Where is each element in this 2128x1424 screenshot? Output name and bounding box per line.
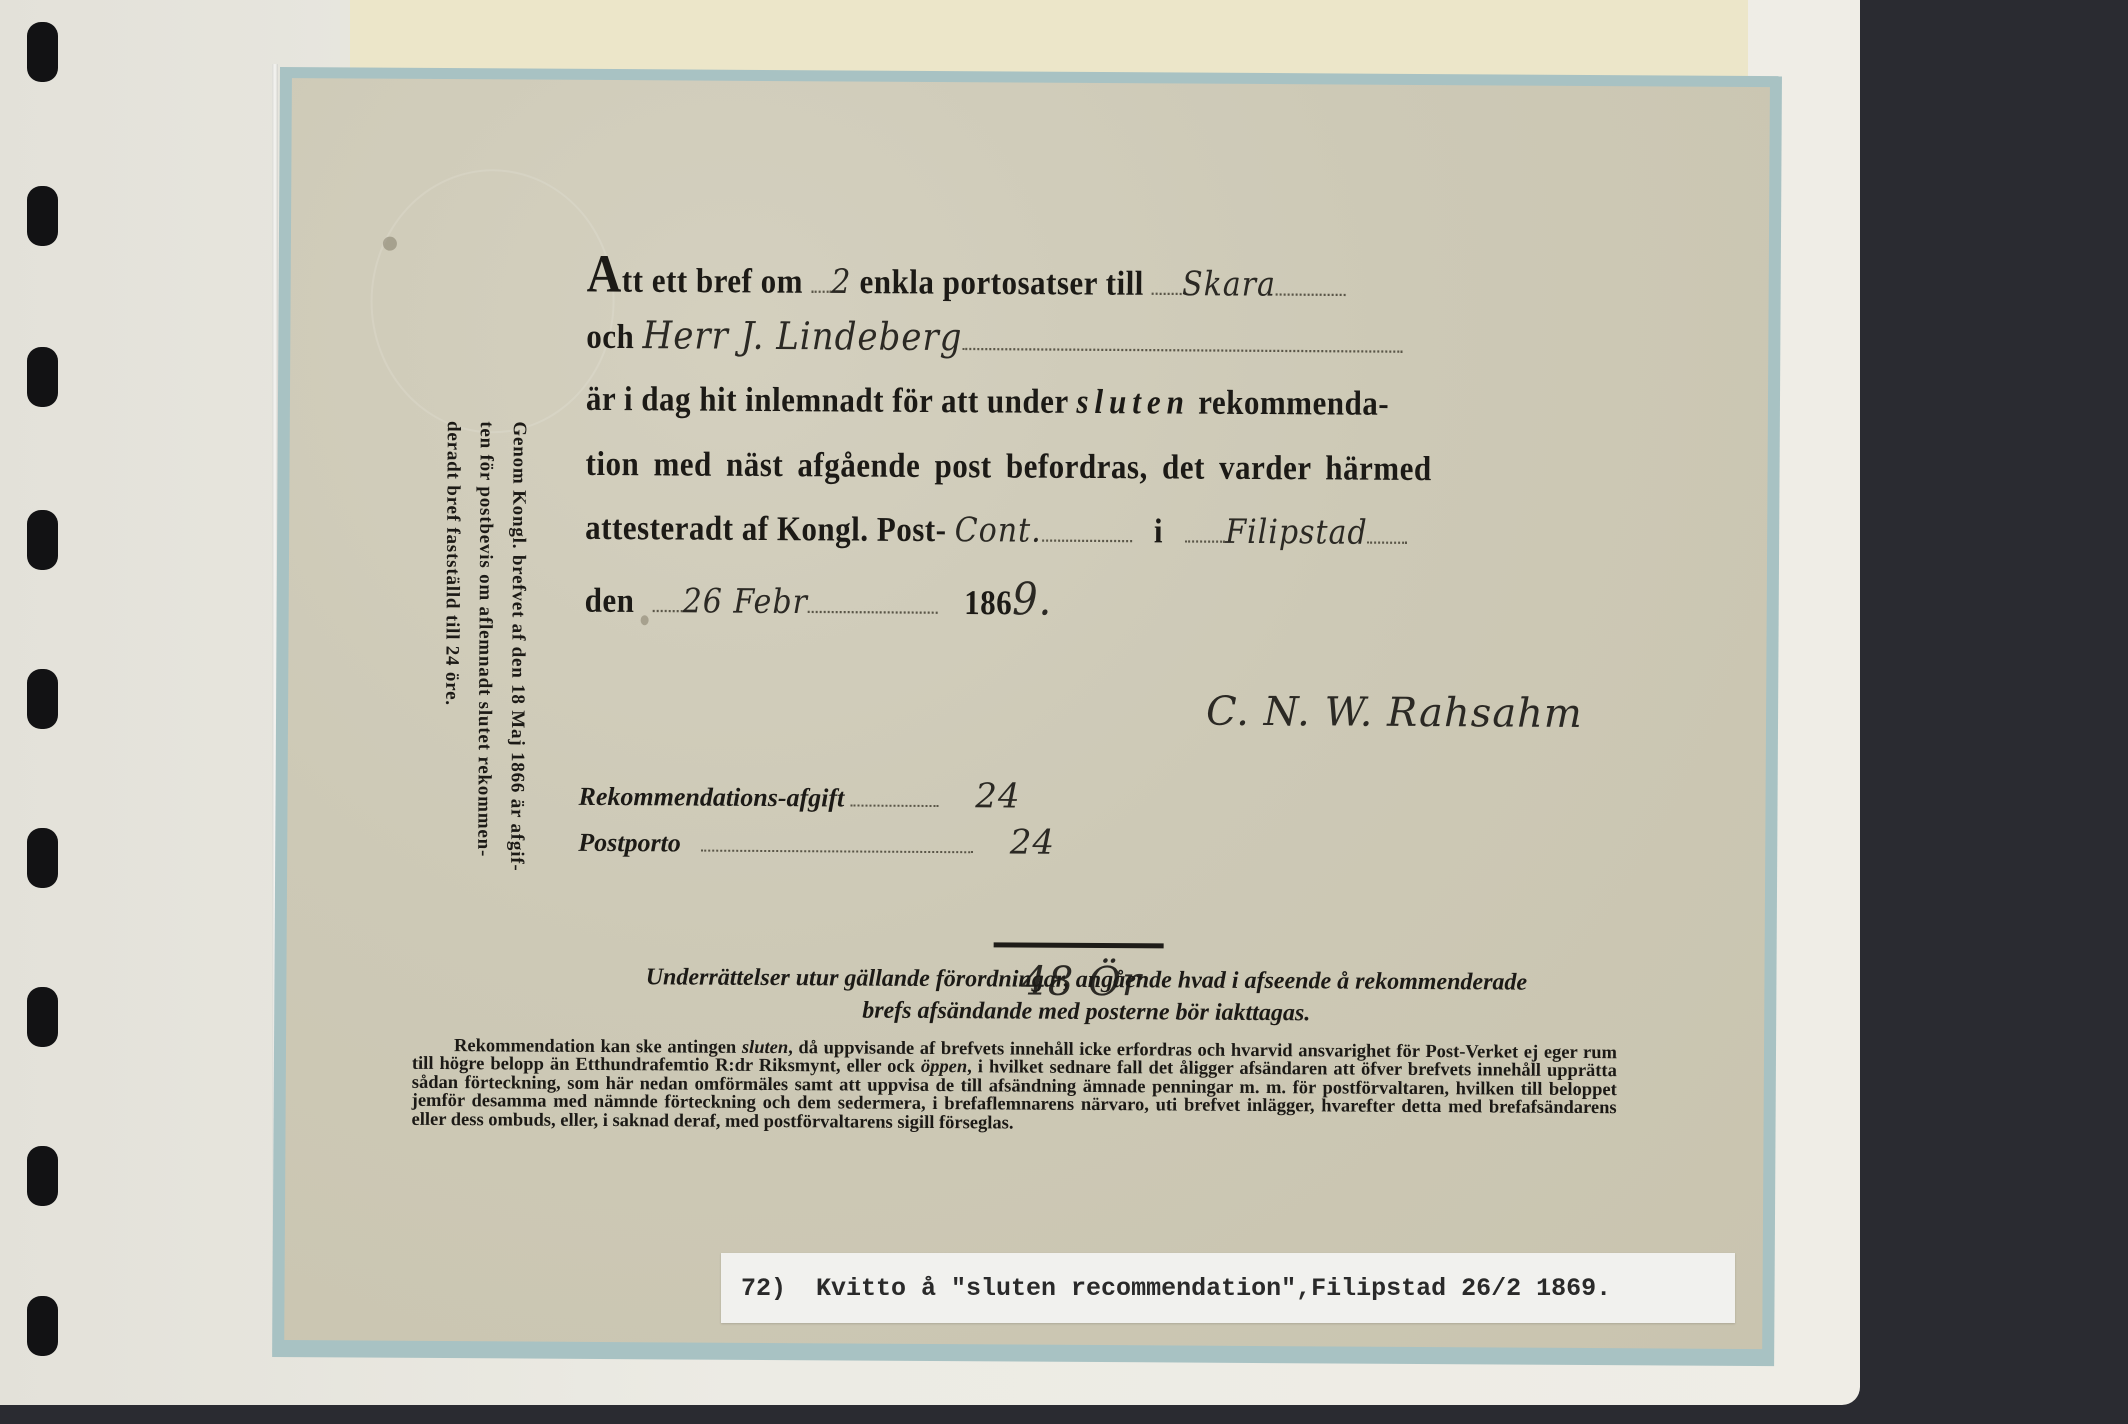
registered-letter-receipt: Att ett bref om 2 enkla portosatser till… — [284, 78, 1770, 1349]
caption-label: 72) Kvitto å "sluten recommendation",Fil… — [721, 1253, 1735, 1323]
binder-hole — [27, 1146, 58, 1206]
binder-hole — [27, 828, 58, 888]
form-text: och — [586, 316, 634, 355]
form-line-2: och Herr J. Lindeberg — [586, 313, 1402, 363]
postmaster-signature: C. N. W. Rahsahm — [1206, 689, 1583, 737]
album-page: Att ett bref om 2 enkla portosatser till… — [0, 0, 1860, 1405]
dotted-leader — [1368, 537, 1408, 544]
paper-spot — [383, 237, 397, 251]
dotted-leader — [811, 286, 831, 293]
binder-hole — [27, 347, 58, 407]
form-line-1: Att ett bref om 2 enkla portosatser till… — [587, 243, 1347, 309]
dotted-leader — [1042, 535, 1132, 542]
handwritten-place: Filipstad — [1225, 513, 1368, 553]
form-line-4: tion med näst afgående post befordras, d… — [585, 444, 1431, 489]
form-text: attesteradt af Kongl. Post- — [585, 508, 947, 549]
binder-hole — [27, 987, 58, 1047]
dotted-leader — [653, 605, 683, 612]
handwritten-count: 2 — [831, 263, 851, 302]
form-line-3: är i dag hit inlemnadt för att under slu… — [586, 379, 1389, 424]
handwritten-date: 26 Febr — [683, 582, 808, 622]
registration-fee-label: Rekommendations-afgift — [578, 782, 844, 813]
dotted-leader — [851, 801, 939, 808]
form-text: rekommenda- — [1198, 382, 1389, 422]
form-text: tt ett bref om — [622, 260, 803, 300]
registration-fee-row: Rekommendations-afgift 24 — [578, 774, 1020, 817]
blue-mount-mat: Att ett bref om 2 enkla portosatser till… — [272, 67, 1782, 1366]
instructions-heading-line-2: brefs afsändande med posterne bör iaktta… — [436, 995, 1736, 1030]
form-text: är i dag hit inlemnadt för att under — [586, 379, 1068, 421]
paragraph-emphasis: öppen — [921, 1057, 967, 1077]
binder-hole — [27, 510, 58, 570]
form-text: i — [1154, 511, 1163, 550]
dotted-leader — [1185, 536, 1225, 543]
drop-initial: A — [587, 244, 623, 304]
year-prefix: 186 — [964, 583, 1012, 622]
side-note-line-2: ten för postbevis om aflemnadt slutet re… — [472, 421, 497, 857]
handwritten-office: Cont. — [955, 511, 1042, 551]
form-text: den — [585, 580, 635, 620]
dotted-leader — [808, 606, 938, 614]
binder-hole — [27, 1296, 58, 1356]
embossed-seal — [370, 169, 616, 434]
form-line-6: den 26 Febr 1869. — [585, 571, 1053, 625]
postage-value: 24 — [1010, 822, 1056, 862]
sum-rule — [994, 942, 1164, 948]
paragraph-emphasis: sluten — [742, 1038, 788, 1058]
emphasis-sluten: sluten — [1076, 382, 1190, 422]
postage-label: Postporto — [578, 828, 681, 858]
binder-hole — [27, 669, 58, 729]
handwritten-destination: Skara — [1182, 265, 1276, 305]
side-note-line-3: deradt bref fastställd till 24 öre. — [440, 421, 464, 706]
registration-fee-value: 24 — [975, 776, 1021, 816]
instructions-heading-line-1: Underrättelser utur gällande förordninga… — [436, 963, 1736, 998]
dotted-leader — [962, 343, 1402, 352]
handwritten-addressee: Herr J. Lindeberg — [642, 313, 962, 360]
form-line-5: attesteradt af Kongl. Post- Cont. i Fili… — [585, 508, 1408, 553]
instructions-paragraph: Rekommendation kan ske antingen sluten, … — [412, 1037, 1618, 1136]
form-text: enkla portosatser till — [860, 262, 1144, 303]
binder-hole — [27, 22, 58, 82]
form-text: tion med näst afgående post befordras, d… — [585, 444, 1431, 488]
side-note-line-1: Genom Kongl. brefvet af den 18 Maj 1866 … — [505, 421, 530, 871]
binder-hole — [27, 186, 58, 246]
handwritten-year-digit: 9. — [1012, 574, 1052, 626]
dotted-leader — [1276, 289, 1346, 296]
postage-row: Postporto 24 — [578, 820, 1055, 863]
dotted-leader — [701, 846, 973, 854]
caption-text: 72) Kvitto å "sluten recommendation",Fil… — [741, 1274, 1611, 1303]
dotted-leader — [1152, 288, 1182, 295]
